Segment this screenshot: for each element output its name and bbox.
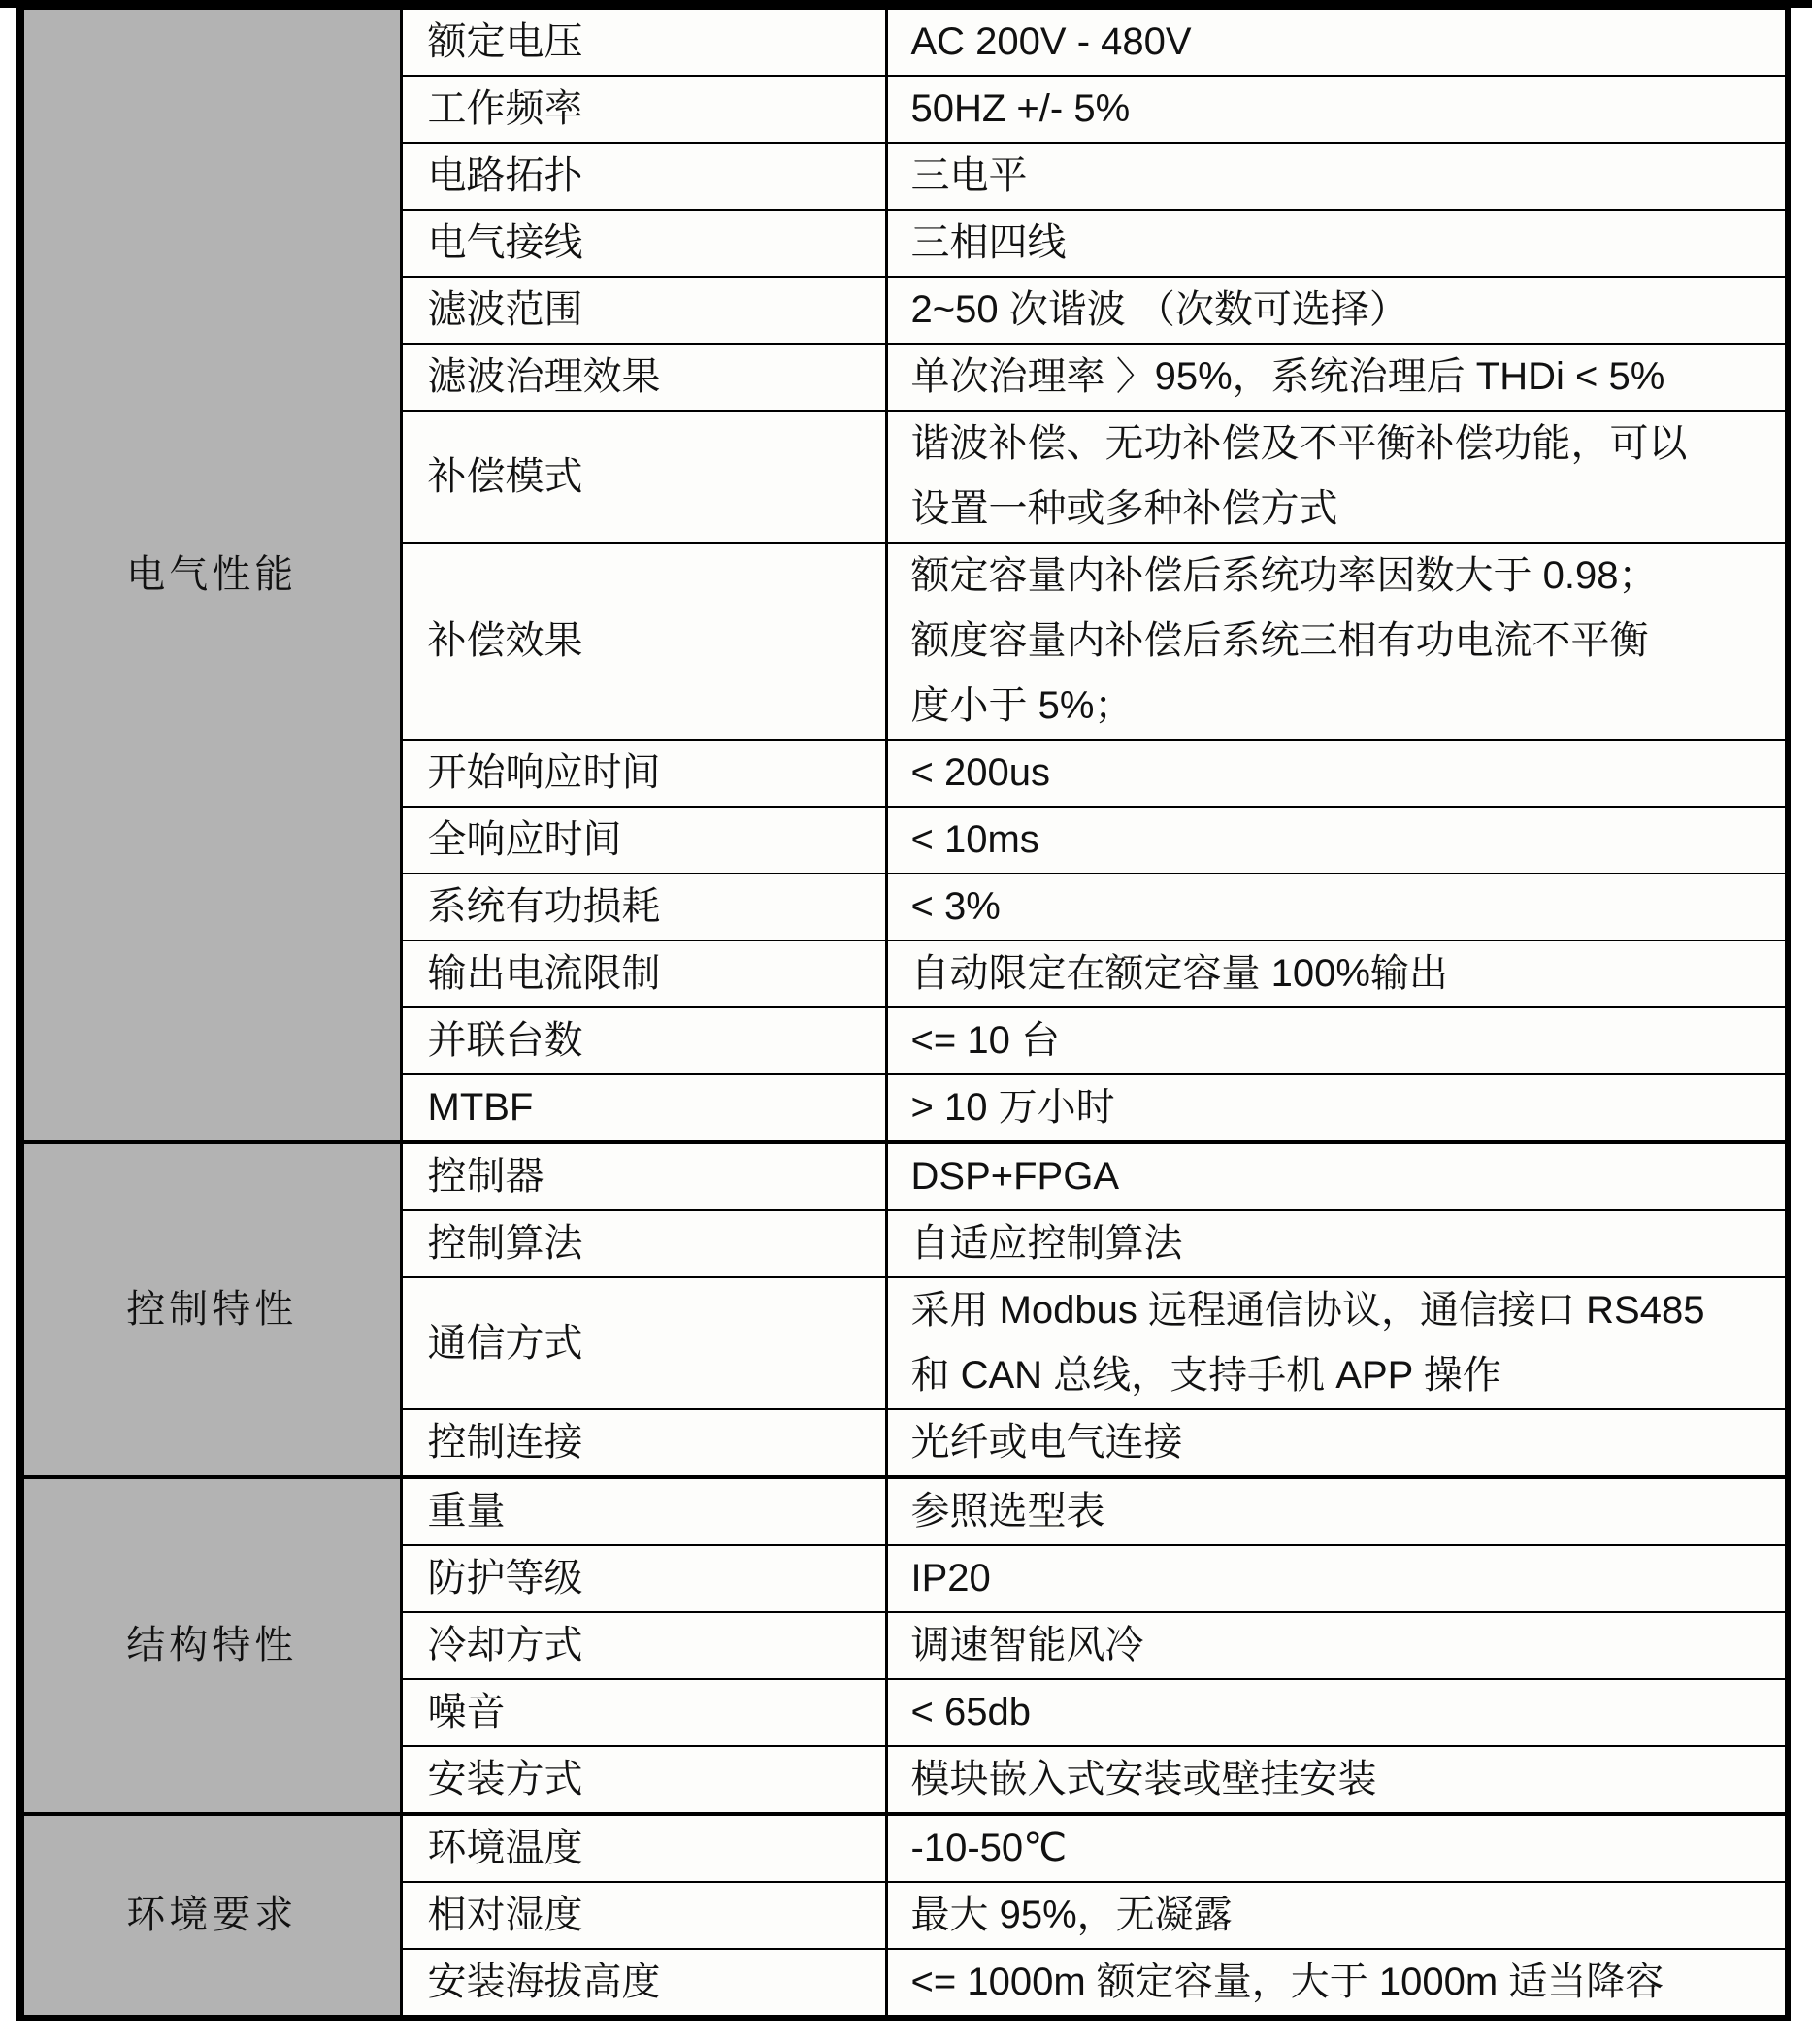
param-cell: 噪音 bbox=[401, 1679, 886, 1746]
top-border bbox=[0, 0, 1812, 8]
value-cell: 自动限定在额定容量 100%输出 bbox=[886, 940, 1788, 1007]
param-cell: 工作频率 bbox=[401, 76, 886, 143]
param-cell: 全响应时间 bbox=[401, 807, 886, 874]
value-cell: 谐波补偿、无功补偿及不平衡补偿功能，可以 设置一种或多种补偿方式 bbox=[886, 411, 1788, 543]
param-cell: 重量 bbox=[401, 1477, 886, 1545]
value-cell: 光纤或电气连接 bbox=[886, 1409, 1788, 1477]
value-cell: < 200us bbox=[886, 740, 1788, 807]
param-cell: 并联台数 bbox=[401, 1007, 886, 1074]
param-cell: 控制连接 bbox=[401, 1409, 886, 1477]
param-cell: 额定电压 bbox=[401, 9, 886, 76]
param-cell: 相对湿度 bbox=[401, 1882, 886, 1949]
value-cell: 三电平 bbox=[886, 143, 1788, 210]
param-cell: 系统有功损耗 bbox=[401, 874, 886, 940]
category-cell: 电气性能 bbox=[20, 9, 401, 1142]
param-cell: 电路拓扑 bbox=[401, 143, 886, 210]
value-cell: < 3% bbox=[886, 874, 1788, 940]
spec-table-body: 电气性能额定电压AC 200V - 480V工作频率50HZ +/- 5%电路拓… bbox=[20, 9, 1788, 2018]
value-cell: < 10ms bbox=[886, 807, 1788, 874]
value-cell: <= 1000m 额定容量，大于 1000m 适当降容 bbox=[886, 1949, 1788, 2018]
value-cell: AC 200V - 480V bbox=[886, 9, 1788, 76]
param-cell: 补偿效果 bbox=[401, 543, 886, 740]
param-cell: 开始响应时间 bbox=[401, 740, 886, 807]
value-cell: -10-50℃ bbox=[886, 1814, 1788, 1882]
value-cell: 三相四线 bbox=[886, 210, 1788, 277]
value-cell: 2~50 次谐波 （次数可选择） bbox=[886, 277, 1788, 344]
value-cell: <= 10 台 bbox=[886, 1007, 1788, 1074]
param-cell: 环境温度 bbox=[401, 1814, 886, 1882]
spec-table: 电气性能额定电压AC 200V - 480V工作频率50HZ +/- 5%电路拓… bbox=[16, 8, 1791, 2021]
value-cell: IP20 bbox=[886, 1545, 1788, 1612]
table-row: 控制特性控制器DSP+FPGA bbox=[20, 1142, 1788, 1210]
param-cell: 滤波范围 bbox=[401, 277, 886, 344]
param-cell: 控制器 bbox=[401, 1142, 886, 1210]
param-cell: MTBF bbox=[401, 1074, 886, 1142]
param-cell: 冷却方式 bbox=[401, 1612, 886, 1679]
value-cell: DSP+FPGA bbox=[886, 1142, 1788, 1210]
param-cell: 防护等级 bbox=[401, 1545, 886, 1612]
param-cell: 安装方式 bbox=[401, 1746, 886, 1814]
value-cell: 额定容量内补偿后系统功率因数大于 0.98； 额度容量内补偿后系统三相有功电流不… bbox=[886, 543, 1788, 740]
value-cell: 模块嵌入式安装或壁挂安装 bbox=[886, 1746, 1788, 1814]
param-cell: 输出电流限制 bbox=[401, 940, 886, 1007]
param-cell: 电气接线 bbox=[401, 210, 886, 277]
document-page: 电气性能额定电压AC 200V - 480V工作频率50HZ +/- 5%电路拓… bbox=[0, 0, 1812, 2044]
category-cell: 结构特性 bbox=[20, 1477, 401, 1814]
category-cell: 控制特性 bbox=[20, 1142, 401, 1477]
value-cell: 最大 95%，无凝露 bbox=[886, 1882, 1788, 1949]
value-cell: 自适应控制算法 bbox=[886, 1210, 1788, 1277]
value-cell: 50HZ +/- 5% bbox=[886, 76, 1788, 143]
category-cell: 环境要求 bbox=[20, 1814, 401, 2018]
value-cell: 调速智能风冷 bbox=[886, 1612, 1788, 1679]
param-cell: 通信方式 bbox=[401, 1277, 886, 1409]
value-cell: 参照选型表 bbox=[886, 1477, 1788, 1545]
param-cell: 滤波治理效果 bbox=[401, 344, 886, 411]
table-row: 结构特性重量参照选型表 bbox=[20, 1477, 1788, 1545]
param-cell: 控制算法 bbox=[401, 1210, 886, 1277]
value-cell: 单次治理率 〉95%，系统治理后 THDi < 5% bbox=[886, 344, 1788, 411]
param-cell: 安装海拔高度 bbox=[401, 1949, 886, 2018]
table-row: 电气性能额定电压AC 200V - 480V bbox=[20, 9, 1788, 76]
value-cell: < 65db bbox=[886, 1679, 1788, 1746]
param-cell: 补偿模式 bbox=[401, 411, 886, 543]
table-row: 环境要求环境温度-10-50℃ bbox=[20, 1814, 1788, 1882]
value-cell: 采用 Modbus 远程通信协议，通信接口 RS485 和 CAN 总线，支持手… bbox=[886, 1277, 1788, 1409]
value-cell: > 10 万小时 bbox=[886, 1074, 1788, 1142]
